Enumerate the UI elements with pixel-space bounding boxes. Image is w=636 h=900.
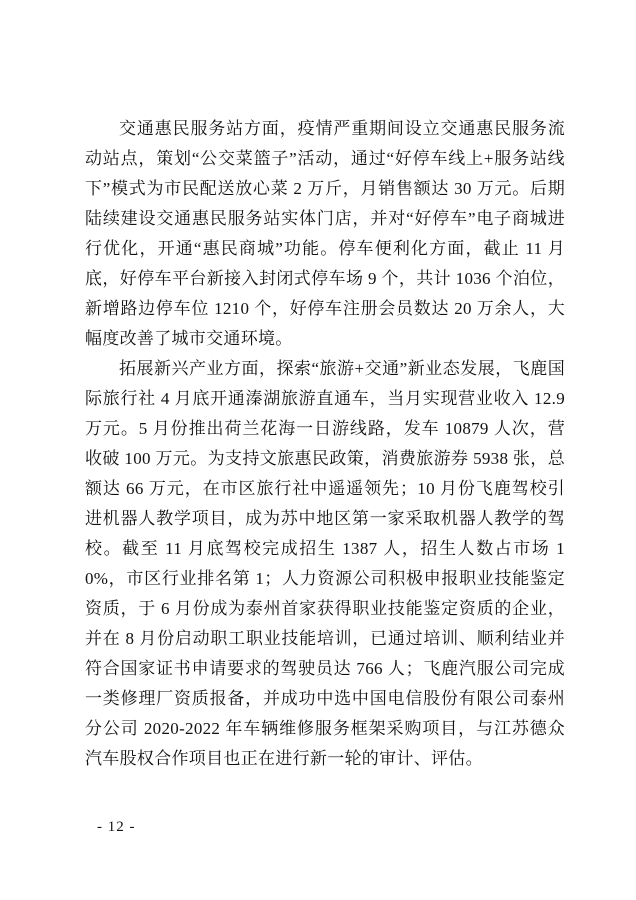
page-body-text: 交通惠民服务站方面，疫情严重期间设立交通惠民服务流动站点，策划“公交菜篮子”活动… [85,114,565,774]
paragraph-transport-service-stations: 交通惠民服务站方面，疫情严重期间设立交通惠民服务流动站点，策划“公交菜篮子”活动… [85,114,565,354]
paragraph-new-industries: 拓展新兴产业方面，探索“旅游+交通”新业态发展，飞鹿国际旅行社 4 月底开通溱湖… [85,354,565,774]
document-page: 交通惠民服务站方面，疫情严重期间设立交通惠民服务流动站点，策划“公交菜篮子”活动… [0,0,636,900]
page-number: - 12 - [97,817,136,837]
